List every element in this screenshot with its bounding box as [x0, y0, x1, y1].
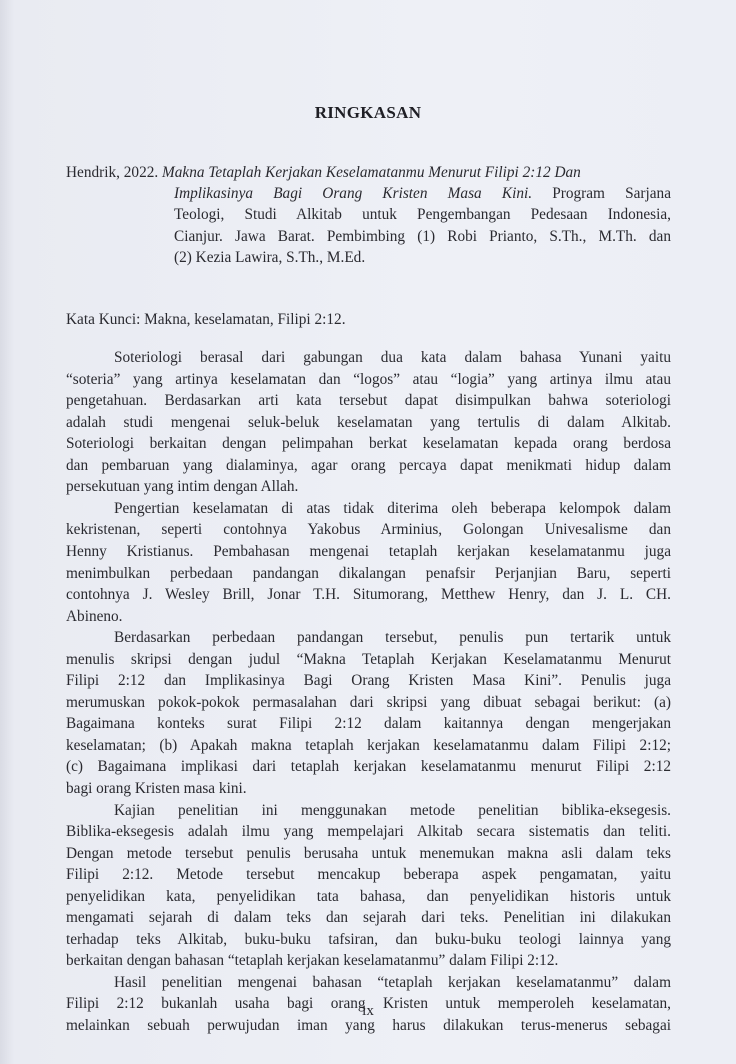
paragraph-line: Filipi 2:12. Metode tersebut mencakup be… — [66, 865, 671, 885]
paragraph-line: Henny Kristianus. Pembahasan mengenai te… — [66, 542, 671, 562]
paragraph-line: Soteriologi berkaitan dengan pelimpahan … — [66, 434, 671, 454]
paragraph-line: “soteria” yang artinya keselamatan dan “… — [66, 370, 671, 390]
paragraph-line: menulis skripsi dengan judul “Makna Teta… — [66, 650, 671, 670]
citation-title-part: Implikasinya Bagi Orang Kristen Masa Kin… — [174, 185, 532, 202]
scanned-page: RINGKASAN Hendrik, 2022. Makna Tetaplah … — [0, 0, 736, 1064]
citation-author-year: Hendrik, 2022. — [66, 164, 158, 181]
paragraph-line: (c) Bagaimana implikasi dari tetaplah ke… — [66, 757, 671, 777]
paragraph-line: contohnya J. Wesley Brill, Jonar T.H. Si… — [66, 585, 671, 605]
paragraph-line: kekristenan, seperti contohnya Yakobus A… — [66, 520, 671, 540]
citation-line: Cianjur. Jawa Barat. Pembimbing (1) Robi… — [174, 227, 671, 247]
paragraph-line: merumuskan pokok-pokok permasalahan dari… — [66, 693, 671, 713]
paragraph-line: keselamatan; (b) Apakah makna tetaplah k… — [66, 736, 671, 756]
citation-text: Program Sarjana — [532, 185, 671, 202]
citation-line: (2) Kezia Lawira, S.Th., M.Ed. — [174, 248, 671, 268]
paragraph-line: Biblika-eksegesis adalah ilmu yang mempe… — [66, 822, 671, 842]
citation-first-line: Hendrik, 2022. Makna Tetaplah Kerjakan K… — [66, 163, 581, 183]
paragraph-line: adalah studi mengenai seluk-beluk kesela… — [66, 413, 671, 433]
paragraph-line: Bagaimana konteks surat Filipi 2:12 dala… — [66, 714, 671, 734]
paragraph-line: Filipi 2:12 dan Implikasinya Bagi Orang … — [66, 671, 671, 691]
page-title: RINGKASAN — [0, 103, 736, 123]
citation-text: Teologi, Studi Alkitab untuk Pengembanga… — [174, 206, 671, 223]
paragraph-line: persekutuan yang intim dengan Allah. — [66, 477, 671, 497]
paragraph-line: terhadap teks Alkitab, buku-buku tafsira… — [66, 930, 671, 950]
paragraph-line: pengetahuan. Berdasarkan arti kata terse… — [66, 391, 671, 411]
paragraph-line: Kajian penelitian ini menggunakan metode… — [114, 801, 671, 821]
citation-line: Implikasinya Bagi Orang Kristen Masa Kin… — [174, 184, 671, 204]
paragraph-line: berkaitan dengan bahasan “tetaplah kerja… — [66, 951, 671, 971]
paragraph-line: Berdasarkan perbedaan pandangan tersebut… — [114, 628, 671, 648]
keywords: Kata Kunci: Makna, keselamatan, Filipi 2… — [66, 310, 671, 330]
paragraph-line: Soteriologi berasal dari gabungan dua ka… — [114, 348, 671, 368]
paragraph-line: menimbulkan perbedaan pandangan dikalang… — [66, 564, 671, 584]
citation-text: (2) Kezia Lawira, S.Th., M.Ed. — [174, 249, 365, 266]
page-number: ix — [0, 1003, 736, 1020]
paragraph-line: Abineno. — [66, 607, 671, 627]
paragraph-line: dan pembaruan yang dialaminya, agar oran… — [66, 456, 671, 476]
paragraph-line: mengamati sejarah di dalam teks dan seja… — [66, 908, 671, 928]
citation-line: Teologi, Studi Alkitab untuk Pengembanga… — [174, 205, 671, 225]
citation-text: Cianjur. Jawa Barat. Pembimbing (1) Robi… — [174, 228, 671, 245]
paragraph-line: Hasil penelitian mengenai bahasan “tetap… — [114, 973, 671, 993]
citation-title-part: Makna Tetaplah Kerjakan Keselamatanmu Me… — [162, 164, 581, 181]
paragraph-line: penyelidikan kata, penyelidikan tata bah… — [66, 887, 671, 907]
paragraph-line: Pengertian keselamatan di atas tidak dit… — [114, 499, 671, 519]
paragraph-line: bagi orang Kristen masa kini. — [66, 779, 671, 799]
paragraph-line: Dengan metode tersebut penulis berusaha … — [66, 844, 671, 864]
